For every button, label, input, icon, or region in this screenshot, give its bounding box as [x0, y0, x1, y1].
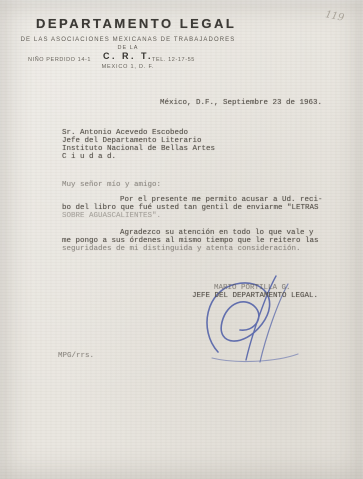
dateline: México, D.F., Septiembre 23 de 1963.	[160, 99, 322, 107]
para1-line1: Por el presente me permito acusar a Ud. …	[120, 196, 323, 204]
para1-line3: SOBRE AGUASCALIENTES".	[62, 212, 161, 220]
letterhead-phone: TEL. 12-17-55	[152, 57, 195, 63]
salutation: Muy señor mío y amigo:	[62, 181, 161, 189]
signer-title: JEFE DEL DEPARTAMENTO LEGAL.	[192, 292, 318, 300]
signer-name: MARIO PORTILLA G.	[214, 284, 291, 292]
letterhead-subtitle: DE LAS ASOCIACIONES MEXICANAS DE TRABAJA…	[18, 37, 238, 43]
letterhead-title: DEPARTAMENTO LEGAL	[36, 16, 221, 31]
para1-line2: bo del libro que fué usted tan gentil de…	[62, 204, 319, 212]
letterhead-address: NIÑO PERDIDO 14-1	[28, 57, 91, 63]
recipient-institution: Instituto Nacional de Bellas Artes	[62, 145, 215, 153]
letterhead-city: MEXICO 1, D. F.	[18, 64, 238, 70]
reference-initials: MPG/rrs.	[58, 352, 94, 360]
recipient-city: C i u d a d.	[62, 153, 116, 161]
scanned-letter-page: 119 DEPARTAMENTO LEGAL DE LAS ASOCIACION…	[0, 0, 363, 479]
recipient-name: Sr. Antonio Acevedo Escobedo	[62, 129, 188, 137]
recipient-title: Jefe del Departamento Literario	[62, 137, 202, 145]
handwritten-page-number: 119	[324, 9, 345, 24]
